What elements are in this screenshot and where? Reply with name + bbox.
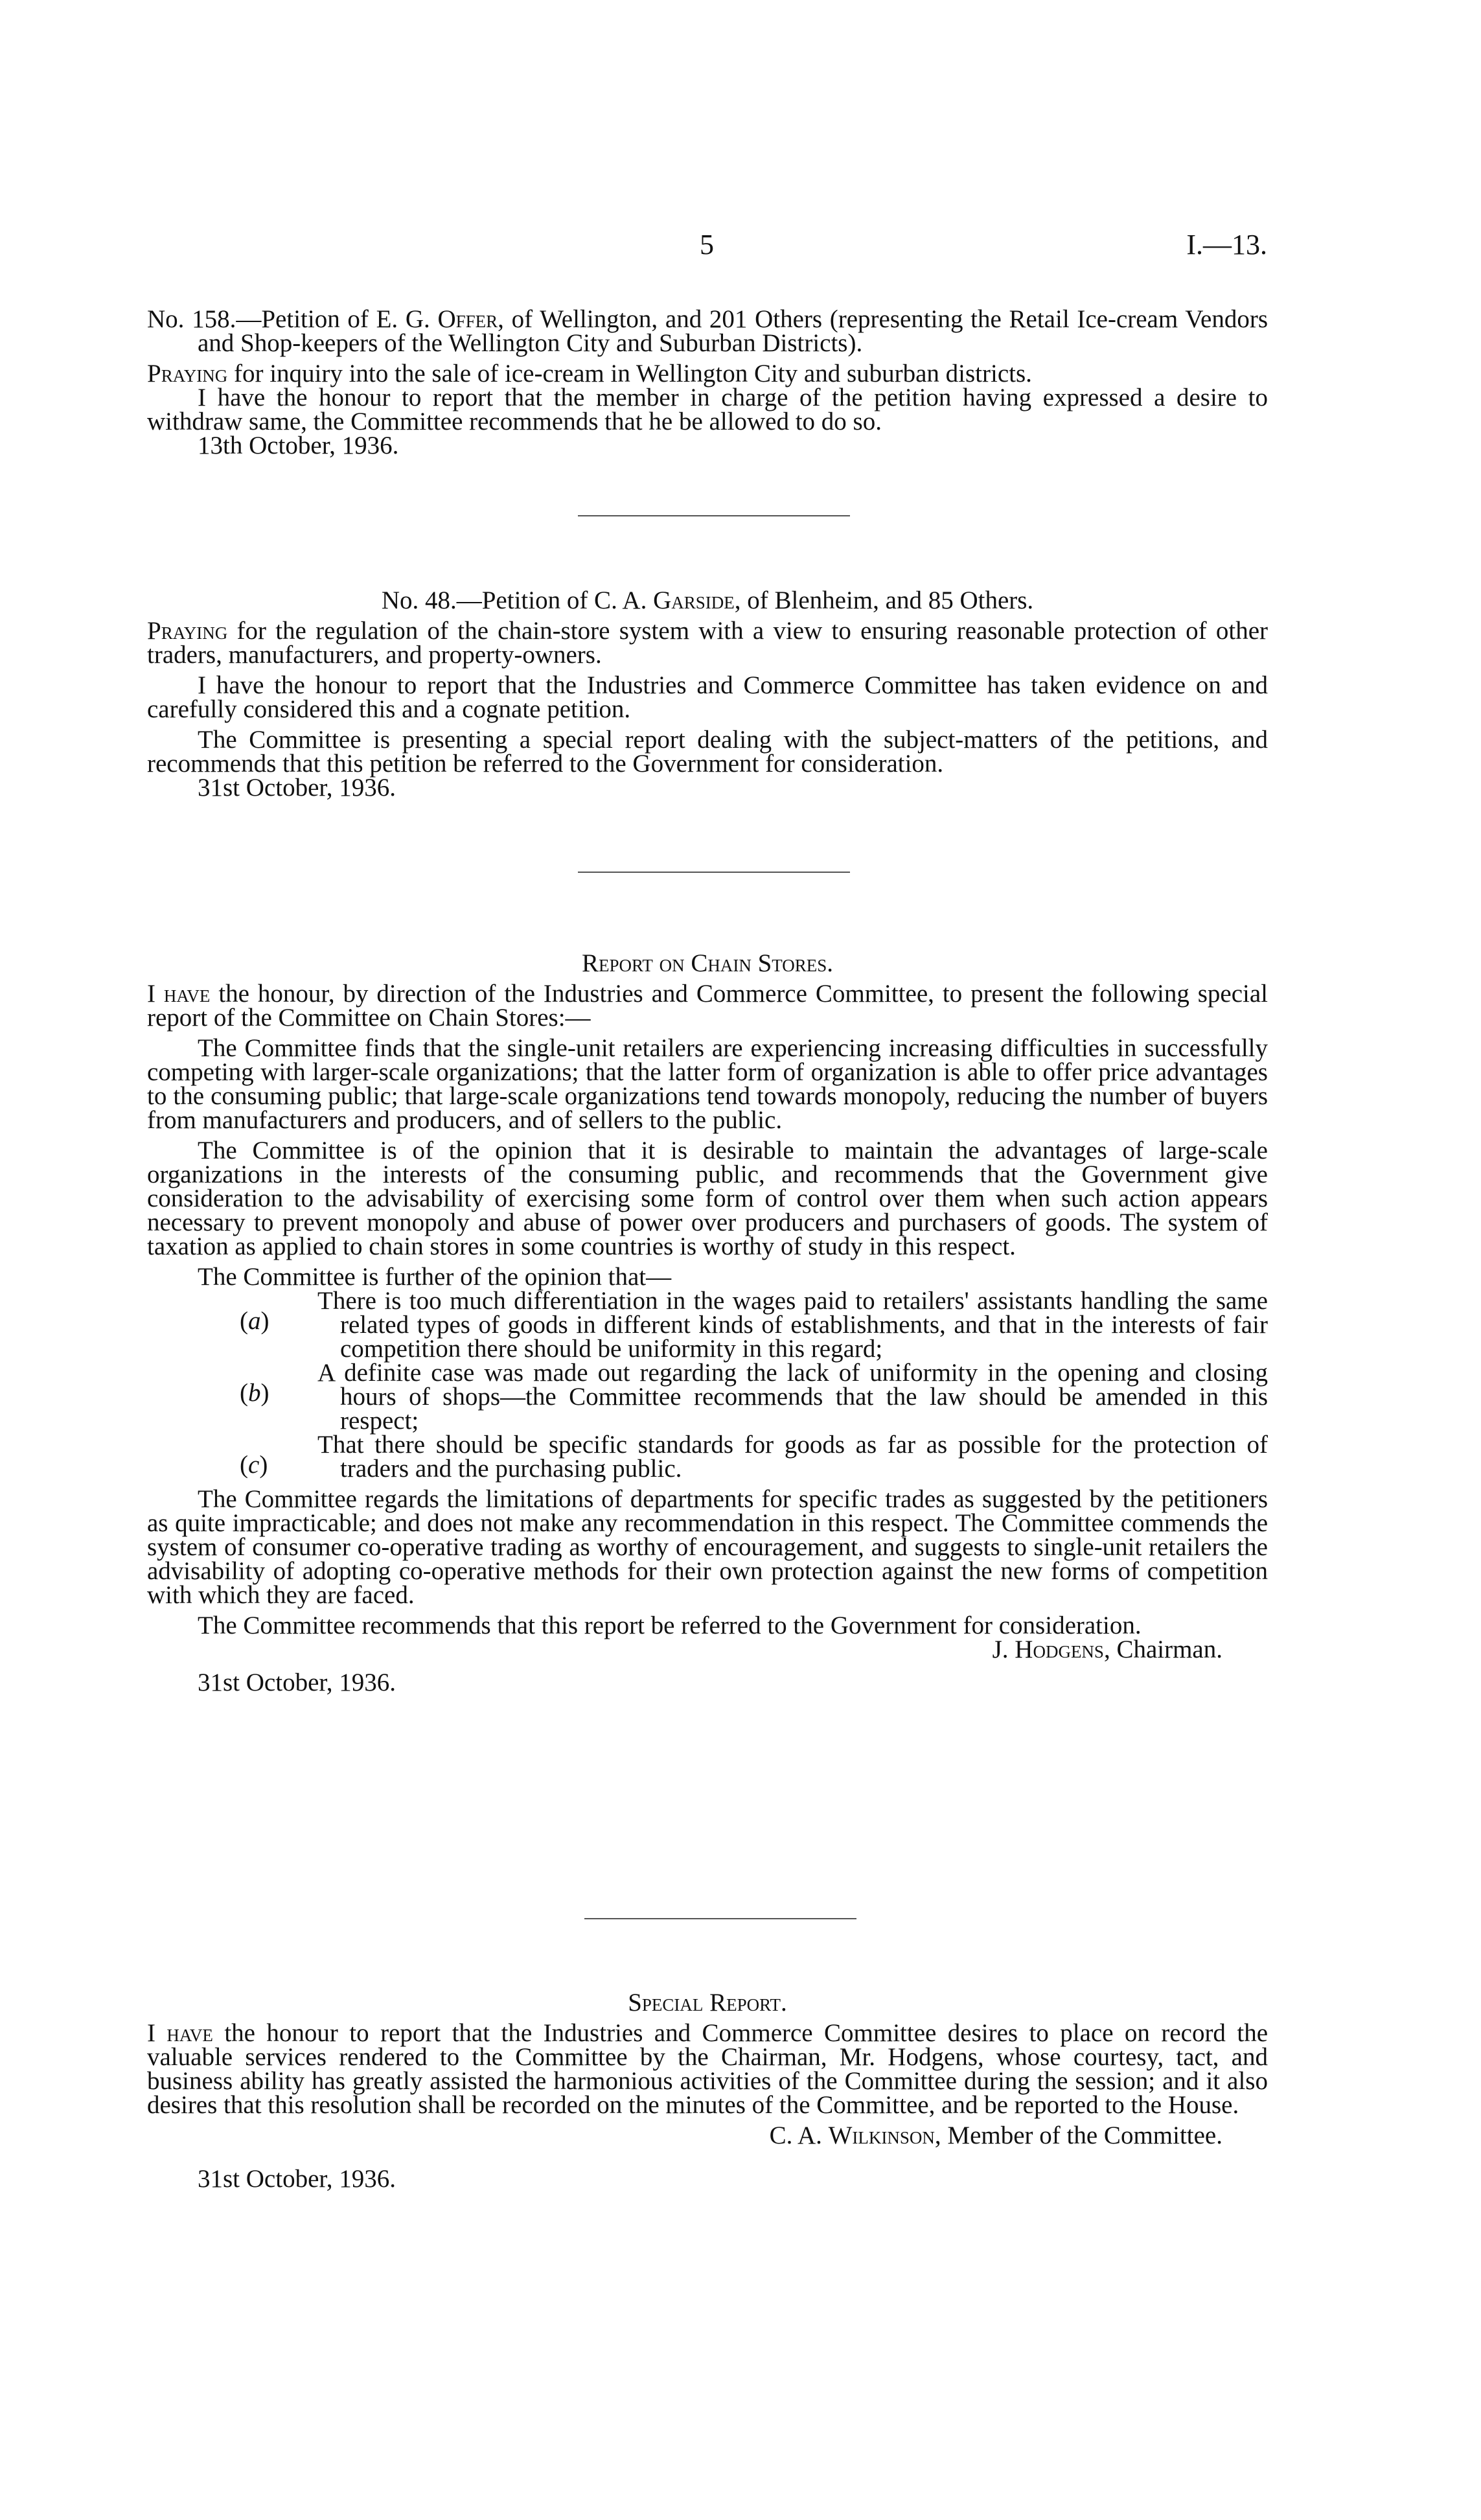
- recommendation-item-c: (c)That there should be specific standar…: [147, 1433, 1268, 1481]
- recommendation-text: There is too much differentiation in the…: [317, 1287, 1268, 1363]
- page-number: 5: [700, 228, 714, 261]
- recommendation-text: A definite case was made out regarding t…: [317, 1359, 1268, 1435]
- praying-text: for the regulation of the chain-store sy…: [147, 617, 1268, 669]
- signatory-surname: Wilkinson: [829, 2121, 935, 2149]
- special-report-body: I have the honour to report that the Ind…: [147, 2021, 1268, 2117]
- recommendation-text: That there should be specific standards …: [317, 1431, 1268, 1483]
- paper-reference: I.—13.: [1186, 228, 1267, 261]
- section-divider: [578, 515, 850, 516]
- petition-48-title-suffix: , of Blenheim, and 85 Others.: [735, 586, 1033, 614]
- special-report-section: Special Report. I have the honour to rep…: [147, 1991, 1268, 2191]
- member-signature: C. A. Wilkinson, Member of the Committee…: [147, 2123, 1268, 2147]
- special-report-heading: Special Report.: [147, 1991, 1294, 2015]
- recommendation-item-b: (b)A definite case was made out regardin…: [147, 1361, 1268, 1433]
- petition-158-date: 13th October, 1936.: [147, 433, 1268, 457]
- chain-stores-heading: Report on Chain Stores.: [147, 951, 1294, 975]
- special-report-date: 31st October, 1936.: [147, 2167, 1268, 2191]
- chain-stores-paragraph: The Committee is further of the opinion …: [147, 1265, 1268, 1289]
- petition-158-title: No. 158.—Petition of E. G. Offer, of Wel…: [147, 307, 1268, 355]
- petition-48-date: 31st October, 1936.: [147, 776, 1268, 800]
- petition-48-section: No. 48.—Petition of C. A. Garside, of Bl…: [147, 588, 1268, 800]
- chain-stores-paragraph: The Committee finds that the single-unit…: [147, 1036, 1268, 1132]
- signatory-surname: Hodgens: [1015, 1636, 1104, 1663]
- page-header: 5 I.—13.: [0, 228, 1481, 267]
- chain-stores-paragraph: The Committee is of the opinion that it …: [147, 1139, 1268, 1258]
- petition-48-title-prefix: No. 48.—Petition of C. A.: [382, 586, 653, 614]
- chain-stores-closing-paragraph: The Committee regards the limitations of…: [147, 1487, 1268, 1607]
- petition-48-praying: Praying for the regulation of the chain-…: [147, 619, 1268, 667]
- chairman-signature: J. Hodgens, Chairman.: [147, 1637, 1268, 1661]
- petition-158-section: No. 158.—Petition of E. G. Offer, of Wel…: [147, 307, 1268, 457]
- chain-stores-report-section: Report on Chain Stores. I have the honou…: [147, 951, 1268, 1694]
- section-divider: [578, 872, 850, 873]
- opening-text: the honour to report that the Industries…: [147, 2019, 1268, 2119]
- petition-48-title: No. 48.—Petition of C. A. Garside, of Bl…: [147, 588, 1294, 612]
- petition-48-paragraph: I have the honour to report that the Ind…: [147, 673, 1268, 721]
- recommendation-item-a: (a)There is too much differentiation in …: [147, 1289, 1268, 1361]
- petitioner-surname: Garside: [653, 586, 735, 614]
- petition-48-paragraph: The Committee is presenting a special re…: [147, 728, 1268, 776]
- petition-158-report: I have the honour to report that the mem…: [147, 386, 1268, 433]
- chain-stores-opening: I have the honour, by direction of the I…: [147, 982, 1268, 1030]
- opening-text: the honour, by direction of the Industri…: [147, 980, 1268, 1032]
- chain-stores-date: 31st October, 1936.: [147, 1670, 1268, 1694]
- chain-stores-closing-paragraph: The Committee recommends that this repor…: [147, 1613, 1268, 1637]
- section-divider: [584, 1918, 856, 1919]
- petition-158-praying: Praying for inquiry into the sale of ice…: [147, 362, 1268, 386]
